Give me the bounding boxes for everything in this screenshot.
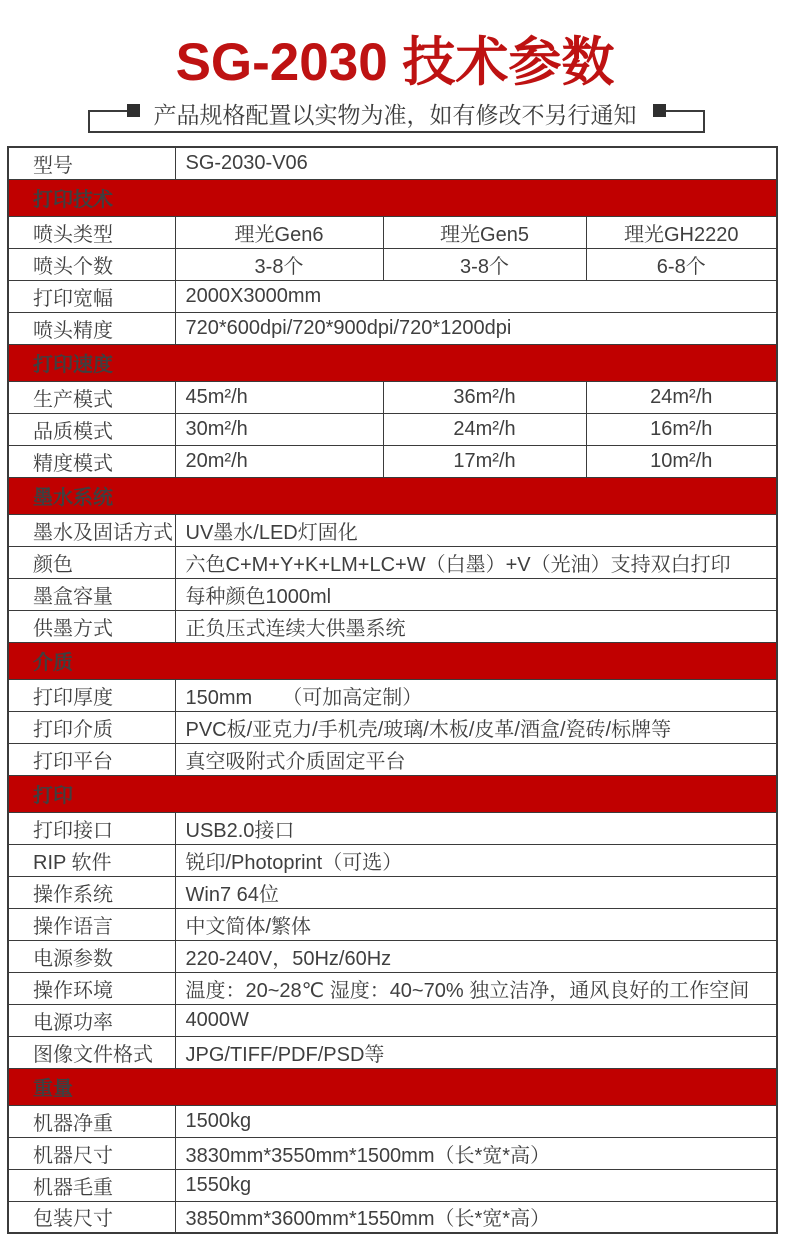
spec-label: 墨水及固话方式 xyxy=(8,514,175,546)
spec-table-body: 型号SG-2030-V06打印技术喷头类型理光Gen6理光Gen5理光GH222… xyxy=(8,147,777,1233)
spec-row: 机器毛重1550kg xyxy=(8,1169,777,1201)
spec-label: 供墨方式 xyxy=(8,610,175,642)
spec-label: 电源功率 xyxy=(8,1004,175,1036)
spec-value: 3830mm*3550mm*1500mm（长*宽*高） xyxy=(175,1137,777,1169)
spec-label: 机器尺寸 xyxy=(8,1137,175,1169)
spec-label: 机器净重 xyxy=(8,1105,175,1137)
spec-value: JPG/TIFF/PDF/PSD等 xyxy=(175,1036,777,1068)
spec-label: 包装尺寸 xyxy=(8,1201,175,1233)
subtitle-underline xyxy=(88,131,705,133)
spec-row: 电源功率4000W xyxy=(8,1004,777,1036)
spec-label: 电源参数 xyxy=(8,940,175,972)
spec-label: 打印平台 xyxy=(8,743,175,775)
spec-value: PVC板/亚克力/手机壳/玻璃/木板/皮革/酒盒/瓷砖/标牌等 xyxy=(175,711,777,743)
spec-row: 颜色六色C+M+Y+K+LM+LC+W（白墨）+V（光油）支持双白打印 xyxy=(8,546,777,578)
spec-row: 供墨方式正负压式连续大供墨系统 xyxy=(8,610,777,642)
spec-row: 操作语言中文简体/繁体 xyxy=(8,908,777,940)
spec-value: 24m²/h xyxy=(586,381,777,413)
spec-value: 真空吸附式介质固定平台 xyxy=(175,743,777,775)
spec-label: 打印介质 xyxy=(8,711,175,743)
spec-row: 打印厚度150mm （可加高定制） xyxy=(8,679,777,711)
spec-row: 打印介质PVC板/亚克力/手机壳/玻璃/木板/皮革/酒盒/瓷砖/标牌等 xyxy=(8,711,777,743)
spec-value: 16m²/h xyxy=(586,413,777,445)
spec-label: 精度模式 xyxy=(8,445,175,477)
spec-value: 1500kg xyxy=(175,1105,777,1137)
spec-value: 20m²/h xyxy=(175,445,383,477)
spec-value: 30m²/h xyxy=(175,413,383,445)
spec-label: 操作系统 xyxy=(8,876,175,908)
spec-row: 打印接口USB2.0接口 xyxy=(8,812,777,844)
spec-label: 品质模式 xyxy=(8,413,175,445)
spec-row: 墨水及固话方式UV墨水/LED灯固化 xyxy=(8,514,777,546)
section-header: 墨水系统 xyxy=(8,477,777,514)
spec-value: 3-8个 xyxy=(383,248,586,280)
section-header: 打印速度 xyxy=(8,344,777,381)
spec-value: USB2.0接口 xyxy=(175,812,777,844)
spec-label: 打印厚度 xyxy=(8,679,175,711)
section-header: 重量 xyxy=(8,1068,777,1105)
spec-value: 150mm （可加高定制） xyxy=(175,679,777,711)
spec-value: 每种颜色1000ml xyxy=(175,578,777,610)
spec-value: 45m²/h xyxy=(175,381,383,413)
spec-value: 锐印/Photoprint（可选） xyxy=(175,844,777,876)
spec-value: Win7 64位 xyxy=(175,876,777,908)
spec-row: 电源参数220-240V，50Hz/60Hz xyxy=(8,940,777,972)
spec-label: 操作语言 xyxy=(8,908,175,940)
spec-label: 墨盒容量 xyxy=(8,578,175,610)
spec-label: 喷头类型 xyxy=(8,216,175,248)
section-row: 打印技术 xyxy=(8,179,777,216)
section-row: 墨水系统 xyxy=(8,477,777,514)
spec-label: 打印接口 xyxy=(8,812,175,844)
section-row: 打印 xyxy=(8,775,777,812)
spec-row: 生产模式45m²/h36m²/h24m²/h xyxy=(8,381,777,413)
spec-row: 机器净重1500kg xyxy=(8,1105,777,1137)
spec-row: 包装尺寸3850mm*3600mm*1550mm（长*宽*高） xyxy=(8,1201,777,1233)
page-title: SG-2030 技术参数 xyxy=(0,34,790,92)
spec-value: 24m²/h xyxy=(383,413,586,445)
spec-value: 正负压式连续大供墨系统 xyxy=(175,610,777,642)
spec-value: SG-2030-V06 xyxy=(175,147,777,179)
spec-value: 理光Gen6 xyxy=(175,216,383,248)
spec-value: 理光Gen5 xyxy=(383,216,586,248)
spec-row: 型号SG-2030-V06 xyxy=(8,147,777,179)
spec-row: 喷头精度720*600dpi/720*900dpi/720*1200dpi xyxy=(8,312,777,344)
spec-value: 温度：20~28℃ 湿度：40~70% 独立洁净，通风良好的工作空间 xyxy=(175,972,777,1004)
spec-value: 10m²/h xyxy=(586,445,777,477)
spec-label: 喷头精度 xyxy=(8,312,175,344)
spec-sheet-page: SG-2030 技术参数 产品规格配置以实物为准，如有修改不另行通知 型号SG-… xyxy=(0,0,790,1251)
page-subtitle: 产品规格配置以实物为准，如有修改不另行通知 xyxy=(0,101,790,129)
spec-value: 六色C+M+Y+K+LM+LC+W（白墨）+V（光油）支持双白打印 xyxy=(175,546,777,578)
spec-label: 型号 xyxy=(8,147,175,179)
spec-row: 操作环境温度：20~28℃ 湿度：40~70% 独立洁净，通风良好的工作空间 xyxy=(8,972,777,1004)
spec-label: 喷头个数 xyxy=(8,248,175,280)
spec-row: 打印宽幅2000X3000mm xyxy=(8,280,777,312)
spec-row: 图像文件格式JPG/TIFF/PDF/PSD等 xyxy=(8,1036,777,1068)
spec-value: 36m²/h xyxy=(383,381,586,413)
spec-row: RIP 软件锐印/Photoprint（可选） xyxy=(8,844,777,876)
section-header: 打印 xyxy=(8,775,777,812)
spec-label: 操作环境 xyxy=(8,972,175,1004)
section-row: 重量 xyxy=(8,1068,777,1105)
spec-label: 图像文件格式 xyxy=(8,1036,175,1068)
spec-label: 打印宽幅 xyxy=(8,280,175,312)
spec-value: 2000X3000mm xyxy=(175,280,777,312)
section-row: 介质 xyxy=(8,642,777,679)
spec-value: 中文简体/繁体 xyxy=(175,908,777,940)
spec-row: 机器尺寸3830mm*3550mm*1500mm（长*宽*高） xyxy=(8,1137,777,1169)
spec-value: 220-240V，50Hz/60Hz xyxy=(175,940,777,972)
spec-row: 墨盒容量每种颜色1000ml xyxy=(8,578,777,610)
spec-label: 生产模式 xyxy=(8,381,175,413)
section-row: 打印速度 xyxy=(8,344,777,381)
spec-value: 3850mm*3600mm*1550mm（长*宽*高） xyxy=(175,1201,777,1233)
spec-value: 720*600dpi/720*900dpi/720*1200dpi xyxy=(175,312,777,344)
spec-row: 喷头个数3-8个3-8个6-8个 xyxy=(8,248,777,280)
spec-label: 机器毛重 xyxy=(8,1169,175,1201)
spec-value: 1550kg xyxy=(175,1169,777,1201)
section-header: 介质 xyxy=(8,642,777,679)
spec-row: 喷头类型理光Gen6理光Gen5理光GH2220 xyxy=(8,216,777,248)
spec-label: 颜色 xyxy=(8,546,175,578)
spec-value: 3-8个 xyxy=(175,248,383,280)
spec-row: 打印平台真空吸附式介质固定平台 xyxy=(8,743,777,775)
spec-value: UV墨水/LED灯固化 xyxy=(175,514,777,546)
spec-table: 型号SG-2030-V06打印技术喷头类型理光Gen6理光Gen5理光GH222… xyxy=(7,146,778,1234)
spec-value: 4000W xyxy=(175,1004,777,1036)
spec-value: 理光GH2220 xyxy=(586,216,777,248)
spec-row: 精度模式20m²/h17m²/h10m²/h xyxy=(8,445,777,477)
spec-value: 17m²/h xyxy=(383,445,586,477)
spec-row: 品质模式30m²/h24m²/h16m²/h xyxy=(8,413,777,445)
section-header: 打印技术 xyxy=(8,179,777,216)
spec-value: 6-8个 xyxy=(586,248,777,280)
spec-row: 操作系统Win7 64位 xyxy=(8,876,777,908)
spec-label: RIP 软件 xyxy=(8,844,175,876)
